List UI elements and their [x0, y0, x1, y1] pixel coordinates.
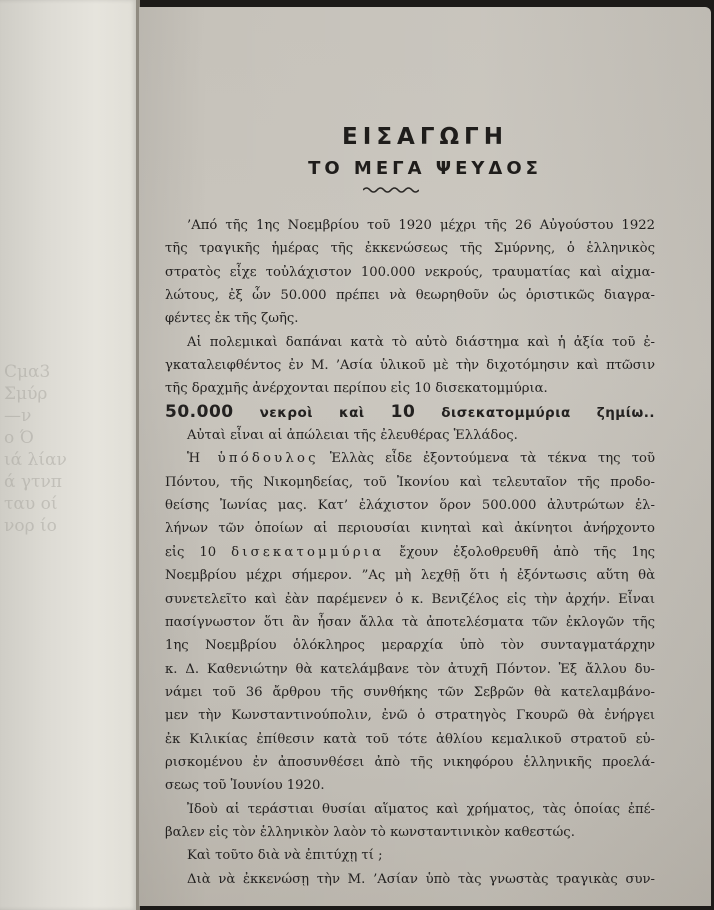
left-page-verso: Cμα3Σμύρ—νο Όιά λίανά γτνπταυ οίνορ ίο	[0, 0, 137, 910]
ghost-line: Cμα3	[4, 362, 134, 383]
text-line: γκαταλειφθέντος ἐν Μ. ’Ασία ὑλικοῦ μὲ τὴ…	[165, 354, 655, 377]
text-span: θείσης Ἰωνίας μας. Κατ’ ἐλάχιστον ὅρον 5…	[165, 498, 655, 513]
text-span: Ἡ ὑπόδουλος	[187, 451, 319, 466]
text-span: νάμει τοῦ 36 ἄρθρου τῆς συνθήκης τῶν Σεβ…	[165, 685, 655, 700]
ghost-line: ο Ό	[4, 428, 134, 449]
text-line: Ἡ ὑπόδουλος Ἑλλὰς εἶδε ἐξοντούμενα τὰ τέ…	[165, 447, 655, 470]
text-span: δισεκατομμύρια	[231, 545, 384, 560]
body-text: ’Από τῆς 1ης Νοεμβρίου τοῦ 1920 μέχρι τῆ…	[165, 214, 655, 891]
text-span: μεν τὴν Κωνσταντινούπολιν, ἐνῶ ὁ στρατηγ…	[165, 708, 655, 723]
text-span: στρατὸς εἶχε τοὐλάχιστον 100.000 νεκρούς…	[165, 265, 655, 280]
text-span: τῆς τραγικῆς ἡμέρας τῆς ἐκκενώσεως τῆς Σ…	[165, 241, 655, 256]
text-span: πασίγνωστον ὅτι ἂν ἦσαν ἄλλα τὰ ἀποτελέσ…	[165, 615, 655, 630]
text-line: Πόντου, τῆς Νικομηδείας, τοῦ Ἰκονίου καὶ…	[165, 471, 655, 494]
text-span: λήνων τῶν ὁποίων αἱ περιουσίαι κινηταὶ κ…	[165, 521, 655, 536]
text-line: εἰς 10 δισεκατομμύρια ἔχουν ἐξολοθρευθῆ …	[165, 541, 655, 564]
text-line: πασίγνωστον ὅτι ἂν ἦσαν ἄλλα τὰ ἀποτελέσ…	[165, 611, 655, 634]
text-span: σεως τοῦ Ἰουνίου 1920.	[165, 778, 325, 793]
text-line: 1ης Νοεμβρίου ὁλόκληρος μεραρχία ὑπὸ τὸν…	[165, 634, 655, 657]
text-line: κ. Δ. Καθενιώτην θὰ κατελάμβανε τὸν ἀτυχ…	[165, 658, 655, 681]
ghost-line: —ν	[4, 406, 134, 427]
text-span: Καὶ τοῦτο διὰ νὰ ἐπιτύχῃ τί ;	[187, 848, 383, 863]
text-span: δισεκατομμύρια ζημίω..	[415, 405, 655, 421]
text-line: Νοεμβρίου μέχρι σήμερον. ”Ας μὴ λεχθῇ ὅτ…	[165, 564, 655, 587]
text-line: Διὰ νὰ ἐκκενώσῃ τὴν Μ. ’Ασίαν ὑπὸ τὰς γν…	[165, 868, 655, 891]
text-span: λώτους, ἐξ ὧν 50.000 πρέπει νὰ θεωρηθοῦν…	[165, 288, 655, 303]
right-page: ΕΙΣΑΓΩΓΗ ΤΟ ΜΕΓΑ ΨΕΥΔΟΣ ’Από τῆς 1ης Νοε…	[139, 7, 711, 906]
text-line: ’Από τῆς 1ης Νοεμβρίου τοῦ 1920 μέχρι τῆ…	[165, 214, 655, 237]
text-span: 50.000	[165, 402, 234, 422]
text-span: γκαταλειφθέντος ἐν Μ. ’Ασία ὑλικοῦ μὲ τὴ…	[165, 358, 655, 373]
text-span: ρισκομένου ἐν ἀποσυνθέσει ἀπὸ τῆς νικηφό…	[165, 755, 655, 770]
text-span: 10	[391, 402, 416, 422]
text-line: ἐκ Κιλικίας ἐπίθεσιν κατὰ τοῦ τότε ἀθλίο…	[165, 728, 655, 751]
text-line: τῆς δραχμῆς ἀνέρχονται περίπου εἰς 10 δι…	[165, 377, 655, 400]
text-line: Αἱ πολεμικαὶ δαπάναι κατὰ τὸ αὐτὸ διάστη…	[165, 331, 655, 354]
page-subtitle: ΤΟ ΜΕΓΑ ΨΕΥΔΟΣ	[139, 158, 711, 179]
text-span: Ἑλλὰς εἶδε ἐξοντούμενα τὰ τέκνα της τοῦ	[319, 451, 655, 466]
text-span: κ. Δ. Καθενιώτην θὰ κατελάμβανε τὸν ἀτυχ…	[165, 662, 655, 677]
text-span: ἔχουν ἐξολοθρευθῆ ἀπὸ τῆς 1ης	[384, 545, 655, 560]
text-line: λώτους, ἐξ ὧν 50.000 πρέπει νὰ θεωρηθοῦν…	[165, 284, 655, 307]
ornament-wave-icon	[363, 185, 419, 195]
text-line: Ἰδοὺ αἱ τεράστιαι θυσίαι αἵματος καὶ χρή…	[165, 798, 655, 821]
text-span: βαλεν εἰς τὸν ἑλληνικὸν λαὸν τὸ κωνσταντ…	[165, 825, 575, 840]
text-span: Αἱ πολεμικαὶ δαπάναι κατὰ τὸ αὐτὸ διάστη…	[187, 335, 655, 350]
text-span: νεκροὶ καὶ	[234, 405, 391, 421]
text-line: συνετελεῖτο καὶ ἐὰν παρέμενεν ὁ κ. Βενιζ…	[165, 588, 655, 611]
text-line: 50.000 νεκροὶ καὶ 10 δισεκατομμύρια ζημί…	[165, 401, 655, 424]
text-line: λήνων τῶν ὁποίων αἱ περιουσίαι κινηταὶ κ…	[165, 517, 655, 540]
text-line: μεν τὴν Κωνσταντινούπολιν, ἐνῶ ὁ στρατηγ…	[165, 704, 655, 727]
text-span: Πόντου, τῆς Νικομηδείας, τοῦ Ἰκονίου καὶ…	[165, 475, 655, 490]
text-span: Αὐταὶ εἶναι αἱ ἀπώλειαι τῆς ἐλευθέρας Ἑλ…	[187, 428, 518, 443]
text-line: Καὶ τοῦτο διὰ νὰ ἐπιτύχῃ τί ;	[165, 844, 655, 867]
ghost-line: ά γτνπ	[4, 472, 134, 493]
text-line: ρισκομένου ἐν ἀποσυνθέσει ἀπὸ τῆς νικηφό…	[165, 751, 655, 774]
text-line: θείσης Ἰωνίας μας. Κατ’ ἐλάχιστον ὅρον 5…	[165, 494, 655, 517]
ghost-line: νορ ίο	[4, 516, 134, 537]
text-span: Νοεμβρίου μέχρι σήμερον. ”Ας μὴ λεχθῇ ὅτ…	[165, 568, 655, 583]
ghost-line: ιά λίαν	[4, 450, 134, 471]
text-span: Ἰδοὺ αἱ τεράστιαι θυσίαι αἵματος καὶ χρή…	[187, 802, 655, 817]
text-line: τῆς τραγικῆς ἡμέρας τῆς ἐκκενώσεως τῆς Σ…	[165, 237, 655, 260]
text-line: στρατὸς εἶχε τοὐλάχιστον 100.000 νεκρούς…	[165, 261, 655, 284]
text-line: σεως τοῦ Ἰουνίου 1920.	[165, 774, 655, 797]
text-span: Διὰ νὰ ἐκκενώσῃ τὴν Μ. ’Ασίαν ὑπὸ τὰς γν…	[187, 872, 655, 887]
text-span: εἰς 10	[165, 545, 231, 560]
text-line: Αὐταὶ εἶναι αἱ ἀπώλειαι τῆς ἐλευθέρας Ἑλ…	[165, 424, 655, 447]
text-line: βαλεν εἰς τὸν ἑλληνικὸν λαὸν τὸ κωνσταντ…	[165, 821, 655, 844]
text-span: φέντες ἐκ τῆς ζωῆς.	[165, 311, 298, 326]
ghost-line: Σμύρ	[4, 384, 134, 405]
text-line: φέντες ἐκ τῆς ζωῆς.	[165, 307, 655, 330]
text-span: ἐκ Κιλικίας ἐπίθεσιν κατὰ τοῦ τότε ἀθλίο…	[165, 732, 655, 747]
text-span: 1ης Νοεμβρίου ὁλόκληρος μεραρχία ὑπὸ τὸν…	[165, 638, 655, 653]
text-span: ’Από τῆς 1ης Νοεμβρίου τοῦ 1920 μέχρι τῆ…	[187, 218, 655, 233]
page-title: ΕΙΣΑΓΩΓΗ	[139, 124, 711, 150]
ghost-line: ταυ οί	[4, 494, 134, 515]
text-span: τῆς δραχμῆς ἀνέρχονται περίπου εἰς 10 δι…	[165, 381, 548, 396]
text-line: νάμει τοῦ 36 ἄρθρου τῆς συνθήκης τῶν Σεβ…	[165, 681, 655, 704]
text-span: συνετελεῖτο καὶ ἐὰν παρέμενεν ὁ κ. Βενιζ…	[165, 592, 655, 607]
